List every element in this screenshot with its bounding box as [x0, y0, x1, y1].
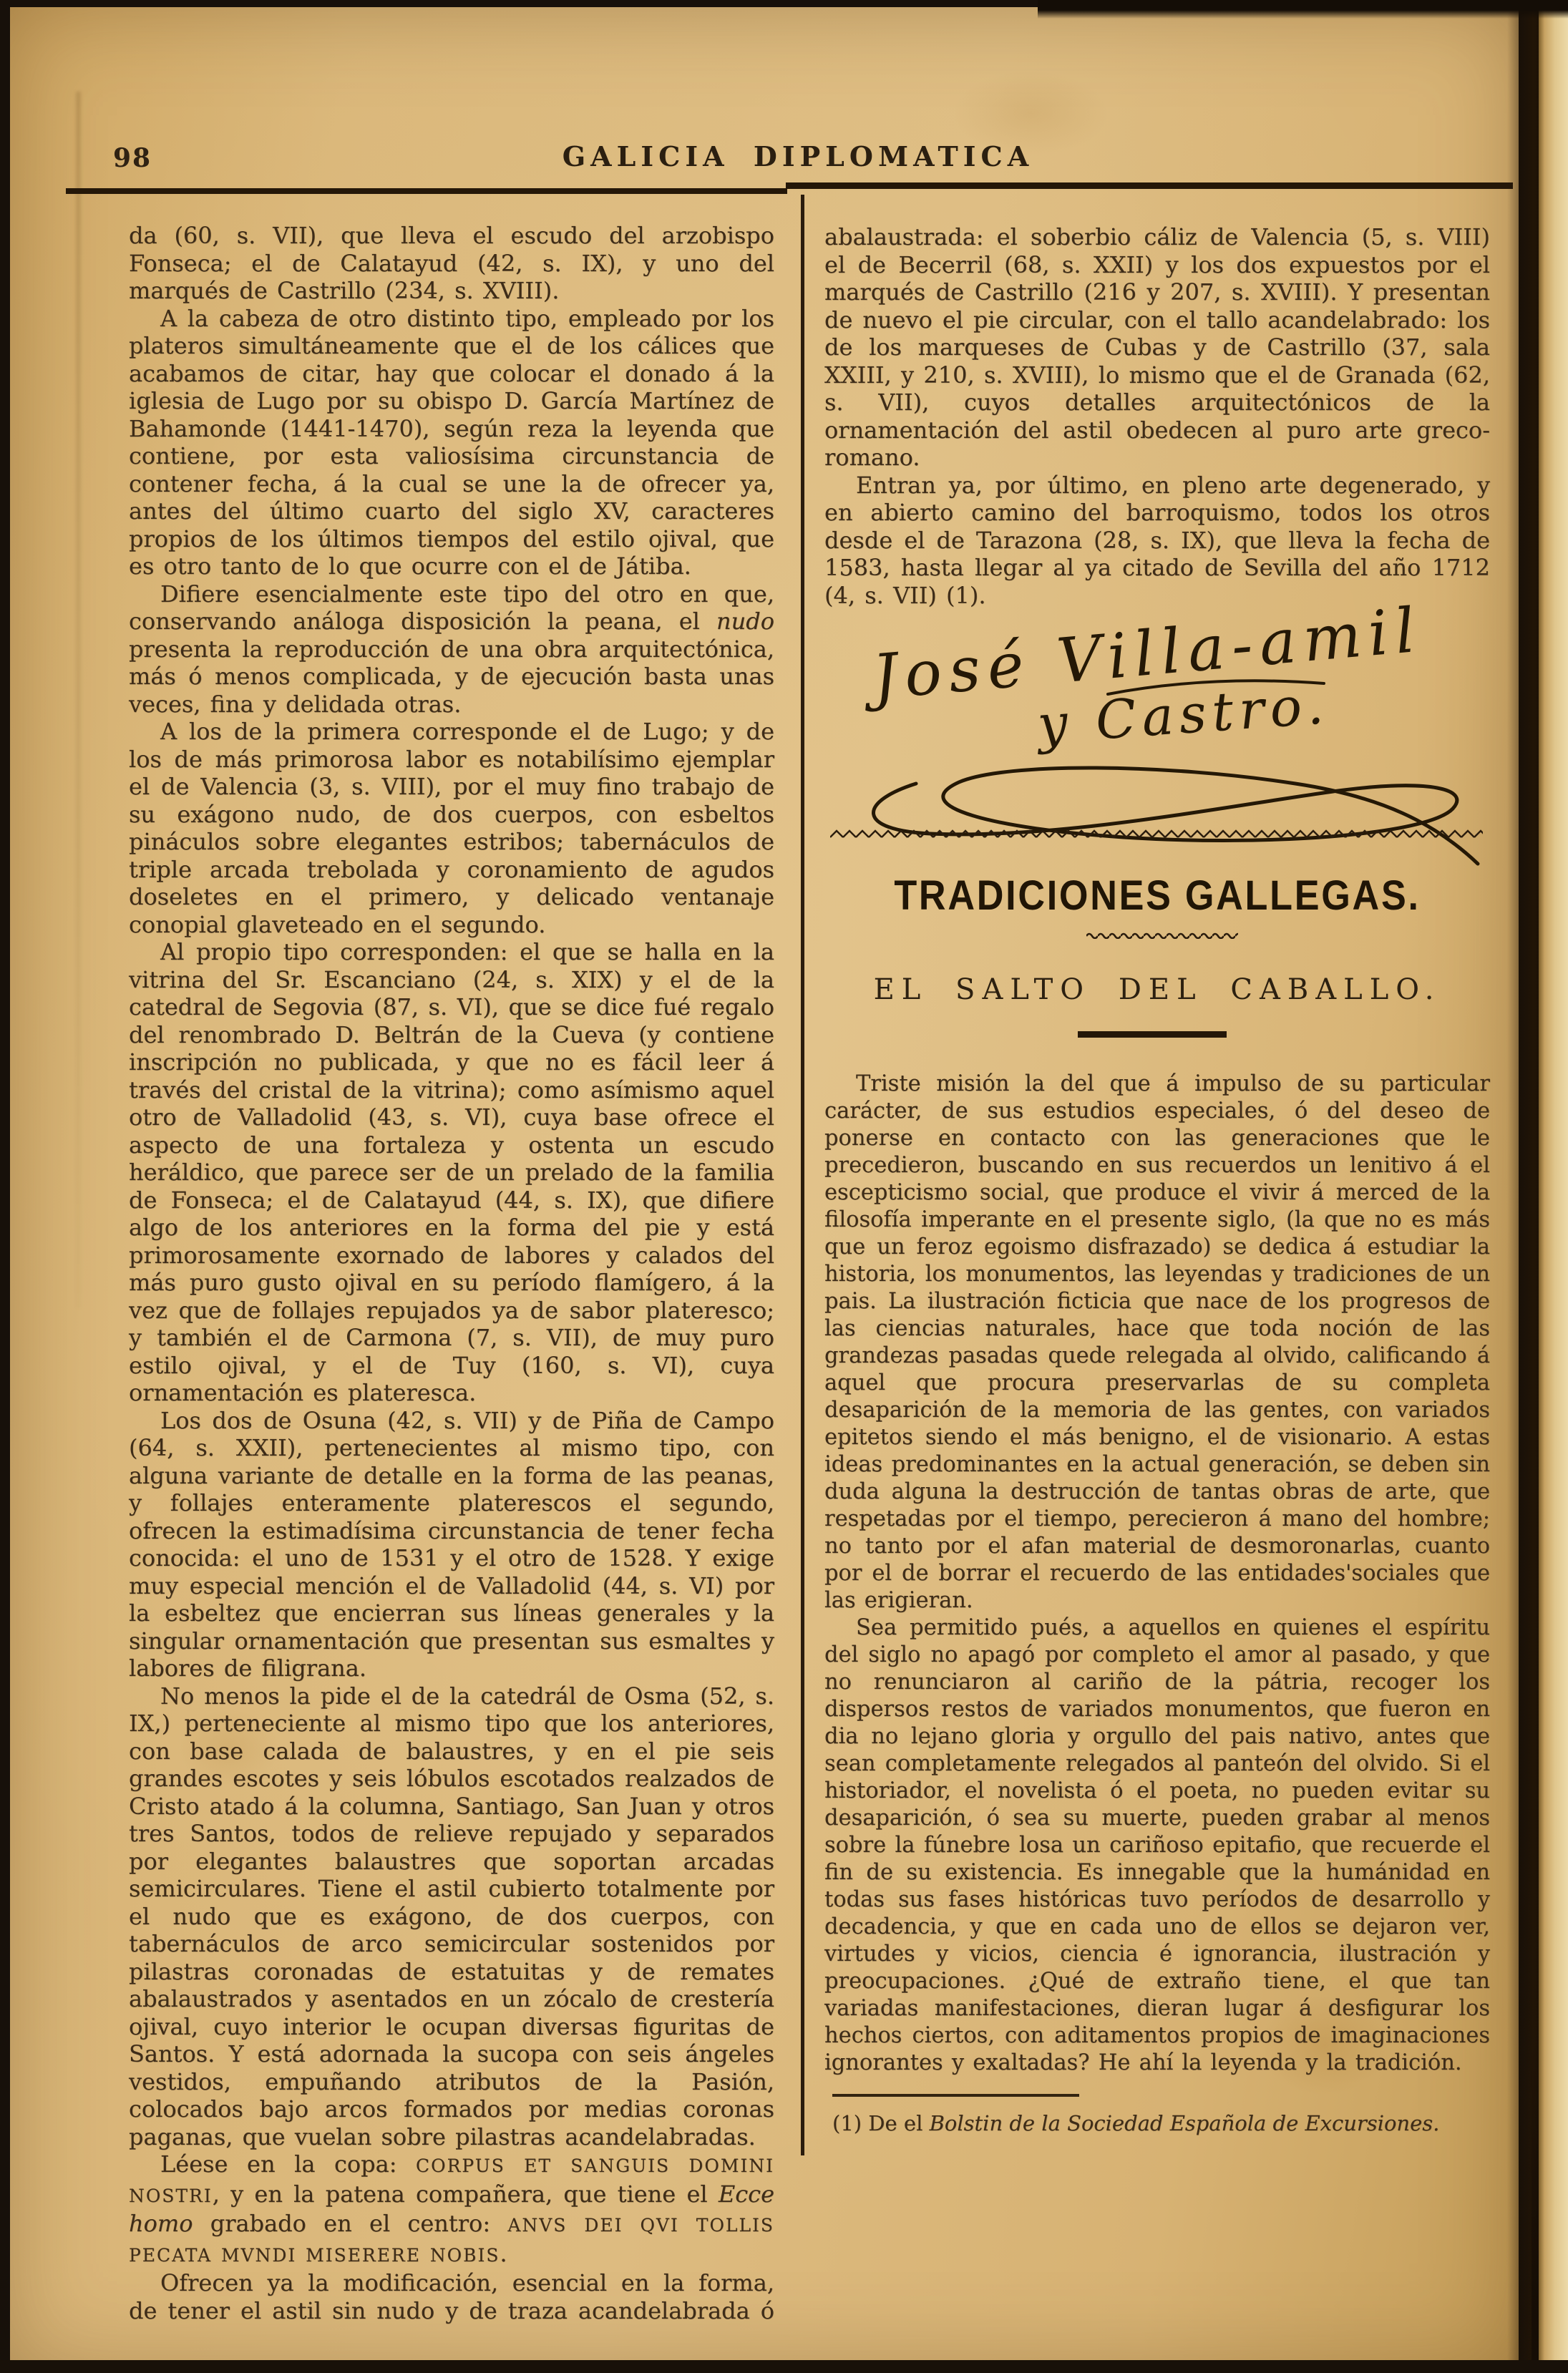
right-column-article: Triste misión la del que á impulso de su…	[824, 1071, 1490, 2077]
text-segment: presenta la reproducción de una obra arq…	[129, 635, 774, 718]
paragraph: Léese en la copa: CORPUS ET SANGUIS DOMI…	[129, 2150, 774, 2269]
paper-crease	[76, 92, 81, 1308]
paragraph: Triste misión la del que á impulso de su…	[824, 1071, 1490, 1614]
footnote-rule	[832, 2094, 1079, 2097]
page-title: GALICIA DIPLOMATICA	[72, 140, 1524, 172]
text-segment: nudo	[716, 608, 774, 635]
footnote: (1) De el Bolstin de la Sociedad Español…	[832, 2111, 1487, 2135]
left-column: da (60, s. VII), que lleva el escudo del…	[129, 222, 774, 2324]
paragraph: Ofrecen ya la modificación, esencial en …	[129, 2269, 774, 2324]
paragraph: Al propio tipo corresponden: el que se h…	[129, 938, 774, 1407]
text-segment: A la cabeza de otro distinto tipo, emple…	[129, 305, 774, 580]
header-rule-right	[786, 182, 1513, 189]
text-segment: No menos la pide el de la catedrál de Os…	[129, 1682, 774, 2150]
page-edge-bottom	[0, 2360, 1568, 2373]
text-segment: Léese en la copa:	[160, 2150, 416, 2178]
wavy-rule	[1086, 930, 1238, 939]
page-edge-top-right	[1038, 0, 1568, 19]
zigzag-rule	[830, 827, 1483, 842]
page-edge-left	[0, 0, 10, 2373]
text-segment: .	[500, 2240, 507, 2267]
adjacent-page-edge	[1539, 0, 1568, 2373]
column-divider-rule	[801, 195, 804, 2155]
zigzag-divider	[830, 827, 1483, 842]
paragraph: Los dos de Osuna (42, s. VII) y de Piña …	[129, 1407, 774, 1682]
text-segment: Difiere esencialmente este tipo del otro…	[129, 580, 774, 635]
text-segment: grabado en el centro:	[193, 2210, 507, 2237]
paragraph: abalaustrada: el soberbio cáliz de Valen…	[824, 223, 1490, 472]
scanned-page-screenshot: 98 GALICIA DIPLOMATICA da (60, s. VII), …	[0, 0, 1568, 2373]
text-segment: Triste misión la del que á impulso de su…	[824, 1071, 1490, 1613]
text-segment: Ofrecen ya la modificación, esencial en …	[129, 2269, 774, 2324]
text-segment: abalaustrada: el soberbio cáliz de Valen…	[824, 223, 1490, 471]
text-segment: (1) De el	[832, 2111, 930, 2135]
article-heading: EL SALTO DEL CABALLO.	[824, 973, 1490, 1006]
right-column-top: abalaustrada: el soberbio cáliz de Valen…	[824, 223, 1490, 609]
section-heading: TRADICIONES GALLEGAS.	[858, 872, 1457, 920]
paragraph: A los de la primera corresponde el de Lu…	[129, 718, 774, 938]
header-rule-left	[66, 188, 787, 194]
text-segment: Al propio tipo corresponden: el que se h…	[129, 938, 774, 1406]
signature-flourish	[874, 768, 1478, 864]
text-segment: Bolstin de la Sociedad Española de Excur…	[930, 2111, 1440, 2135]
text-segment: A los de la primera corresponde el de Lu…	[129, 718, 774, 938]
paragraph: A la cabeza de otro distinto tipo, emple…	[129, 305, 774, 580]
text-segment: Sea permitido pués, a aquellos en quiene…	[824, 1615, 1490, 2075]
text-segment: , y en la patena compañera, que tiene el	[213, 2180, 719, 2208]
text-segment: Los dos de Osuna (42, s. VII) y de Piña …	[129, 1407, 774, 1682]
wavy-underline	[1086, 930, 1238, 939]
paragraph: No menos la pide el de la catedrál de Os…	[129, 1682, 774, 2151]
text-segment: da (60, s. VII), que lleva el escudo del…	[129, 222, 774, 304]
paragraph: Sea permitido pués, a aquellos en quiene…	[824, 1614, 1490, 2077]
paragraph: Difiere esencialmente este tipo del otro…	[129, 580, 774, 718]
article-heading-rule	[1078, 1031, 1227, 1038]
paragraph: da (60, s. VII), que lleva el escudo del…	[129, 222, 774, 305]
